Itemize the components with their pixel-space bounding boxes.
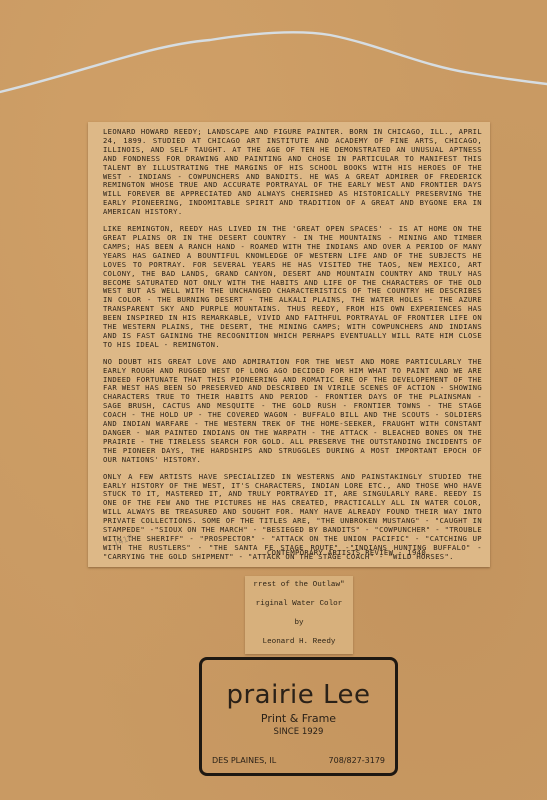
- artist-biography-label: Leonard Howard Reedy; landscape and figu…: [88, 122, 490, 567]
- bio-paragraph-1: Leonard Howard Reedy; landscape and figu…: [103, 128, 482, 217]
- hanging-wire: [0, 0, 547, 120]
- artwork-medium: riginal Water Color: [245, 595, 353, 614]
- artwork-title-label: rrest of the Outlaw" riginal Water Color…: [245, 576, 353, 654]
- framer-location: DES PLAINES, IL: [212, 756, 276, 765]
- framer-brand-name: prairie Lee: [202, 680, 395, 710]
- framer-since: SINCE 1929: [202, 726, 395, 738]
- artwork-by: by: [245, 614, 353, 633]
- bio-paragraph-3: No doubt his great love and admiration f…: [103, 358, 482, 465]
- artwork-artist: Leonard H. Reedy: [245, 633, 353, 652]
- framer-tagline: Print & Frame: [202, 712, 395, 726]
- artwork-title: rrest of the Outlaw": [245, 576, 353, 595]
- bio-paragraph-2: Like Remington, Reedy has lived in the '…: [103, 225, 482, 350]
- bio-source-credit: Contemporary Artists Review - 1940: [267, 548, 426, 557]
- framer-stamp: prairie Lee Print & Frame SINCE 1929 DES…: [199, 657, 398, 776]
- framer-phone: 708/827-3179: [329, 756, 385, 765]
